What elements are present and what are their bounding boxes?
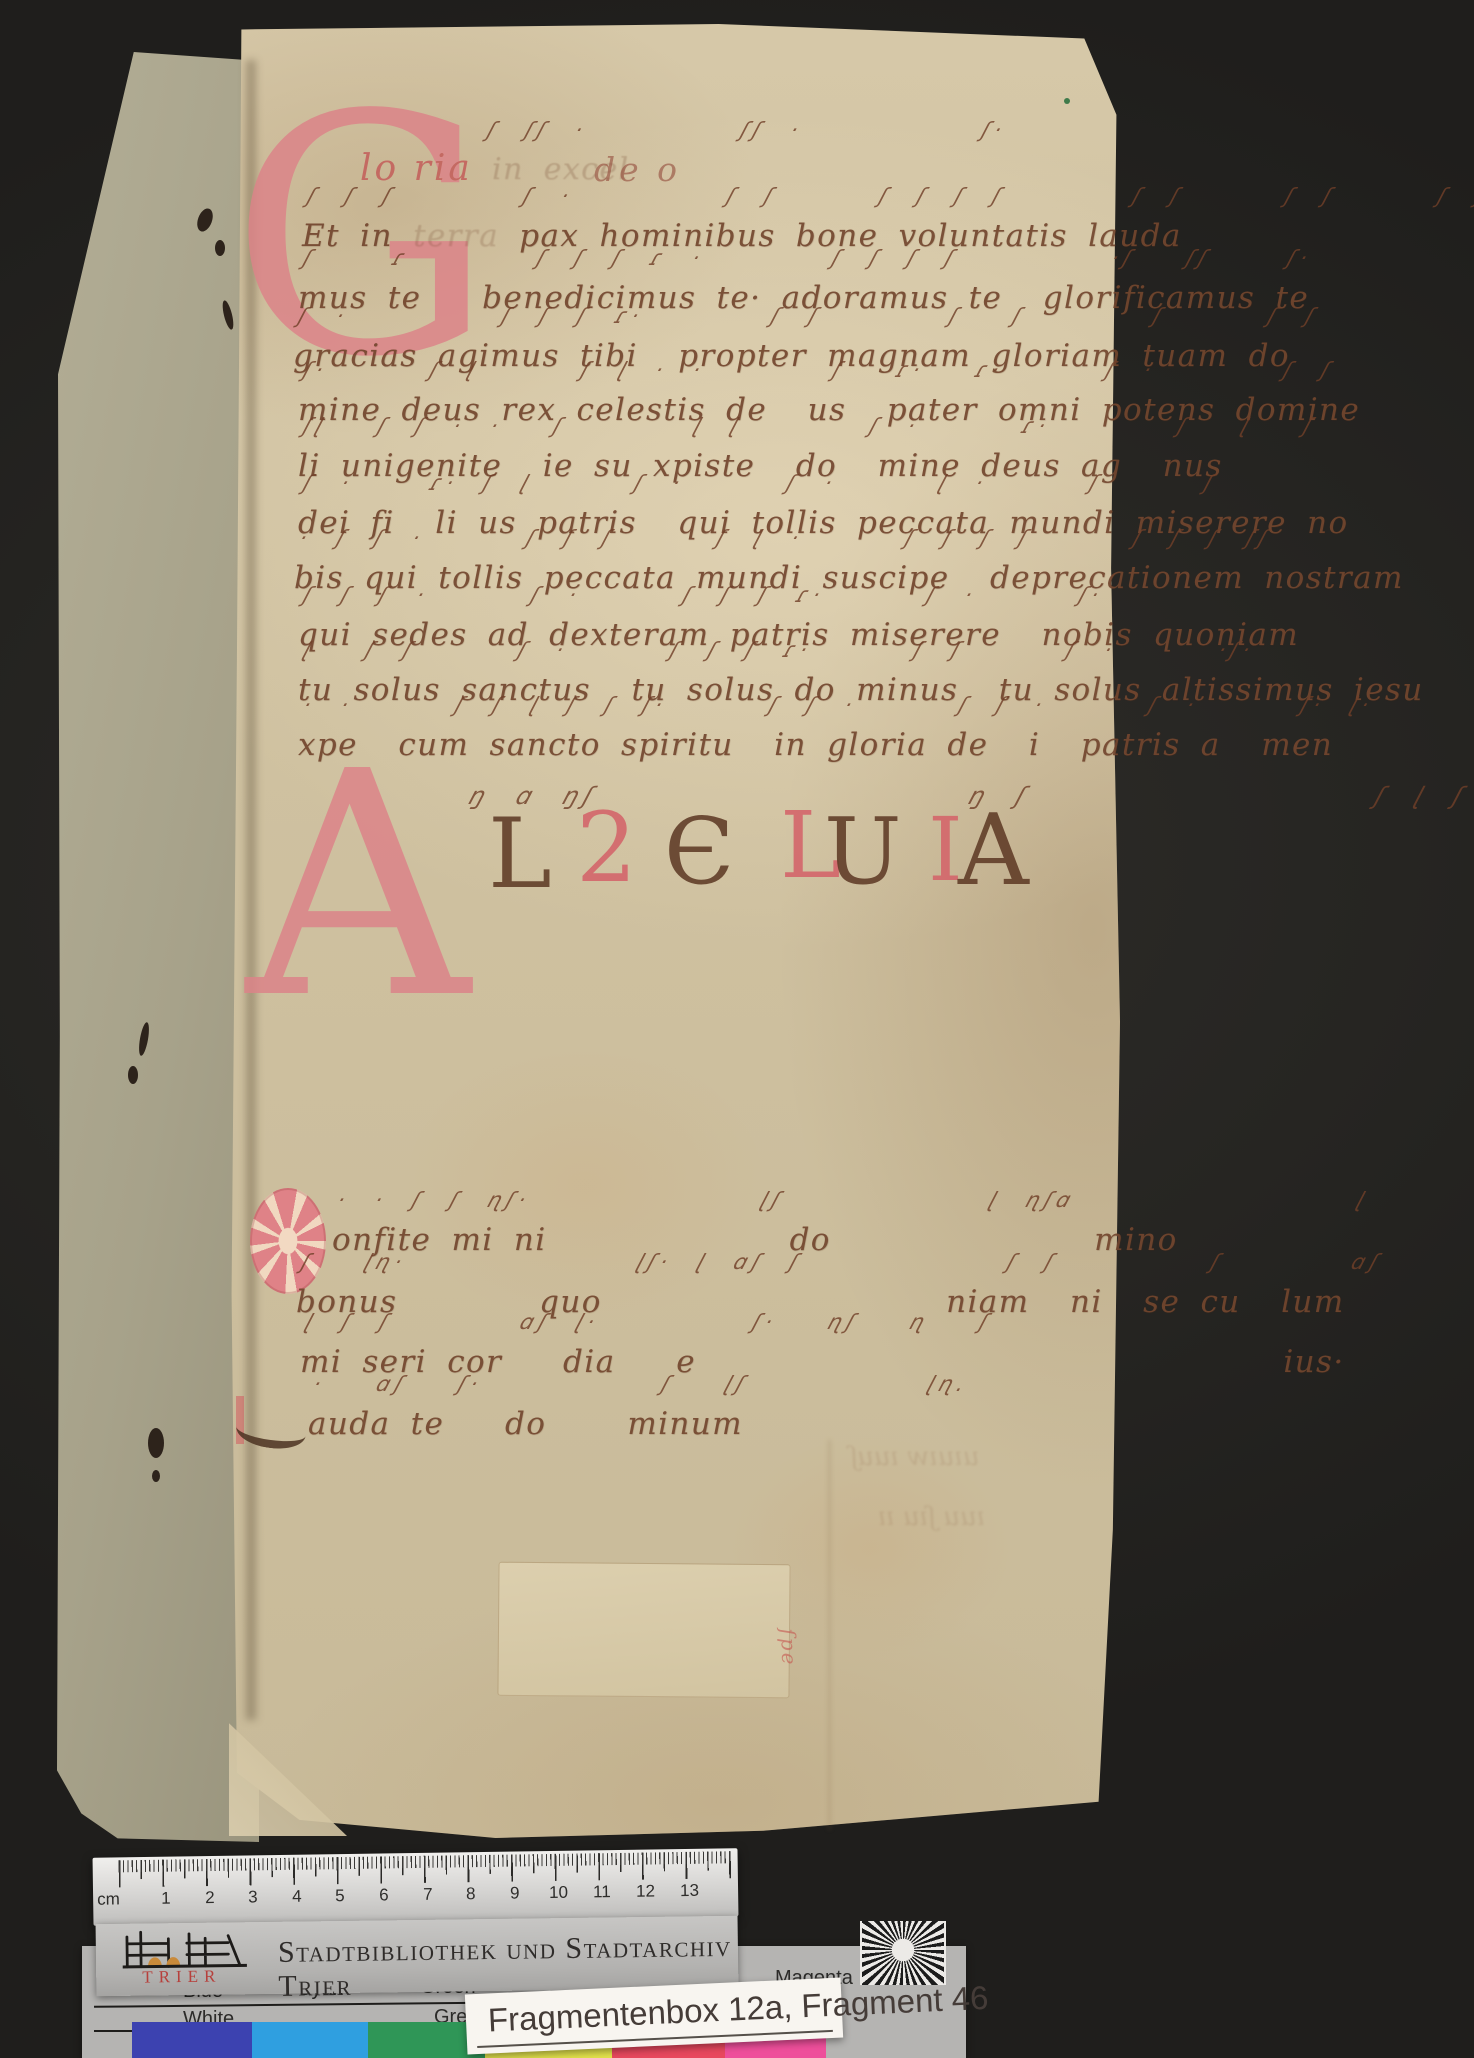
line-text: auda te do minum	[308, 1406, 743, 1442]
parchment-crease	[828, 1440, 831, 1830]
green-speck	[1064, 98, 1070, 104]
ruler-label: 12	[636, 1881, 655, 1901]
neume-row: ɭ ʃ ʃ ɑʃ ɭ· ʃ· ɳʃ ɳ ʃ	[302, 1310, 996, 1334]
neume-row: ʃɭ ʃ ʃ · · ʃ ɭ ɭ ʃ · ɾ· ʃ ɭ ʃ	[300, 414, 1320, 438]
neume-row: ʃ ʃ ʃ ʃ · ʃ ʃ ʃ ʃ ʃ ʃ ʃ ʃ ʃ ʃ ʃ ʃ ʃ	[304, 184, 1474, 208]
color-patch-cyan	[252, 2022, 368, 2058]
ruler-label: 8	[466, 1884, 476, 1904]
gloria-heading-red: lo ria	[360, 148, 473, 189]
alleluia-letter: A	[958, 802, 1029, 900]
initial-A: A	[246, 732, 470, 1042]
ruler-label: 7	[423, 1885, 433, 1905]
show-through-text: uıuıw ıuuʃ	[850, 1442, 980, 1472]
alleluia-letter: Є	[664, 806, 734, 898]
neume-row: ʃ ɭɳ· ɭʃ· ɭ ɑʃ ʃ ʃ ʃ ʃ ɑʃ ʃ	[298, 1250, 1474, 1274]
neume-row: ʃ · ʃ ʃ ʃ ɾ· ʃ ʃ ʃ ʃ ʃ ʃ ʃ	[295, 304, 1322, 328]
ruler-label: 11	[593, 1882, 611, 1902]
ink-stain	[152, 1470, 160, 1482]
siemens-star-icon	[862, 1921, 944, 1985]
neume-row: ʃ · ɾ· ʃ ɭ ʃ · ʃ · ɭ · ʃ ʃ	[300, 471, 1221, 495]
neume-row: ʃ ʃʃ · ʃʃ · ʃ·	[484, 118, 1010, 142]
ruler-label: 5	[335, 1886, 345, 1906]
ink-stain	[215, 240, 225, 256]
color-patch-blue	[132, 2022, 252, 2058]
ruler-label: 1	[161, 1889, 171, 1909]
siemens-star-tile	[860, 1921, 946, 1985]
institution-bar: TRIER Stadtbibliothek und Stadtarchiv Tr…	[96, 1916, 739, 1996]
ruler-label: cm	[97, 1889, 120, 1909]
ruler-label: 13	[680, 1881, 699, 1901]
ink-stain	[128, 1066, 138, 1084]
ink-stain	[148, 1428, 164, 1458]
ruler: cm 1 2 3 4 5 6 7 8 9 10 11 12 13	[93, 1848, 739, 1926]
red-marginalia: ſpe	[776, 1628, 801, 1667]
ruler-label: 10	[549, 1883, 568, 1903]
attached-paper-slip	[497, 1562, 790, 1699]
show-through-text: ıuu ʃıu ıı	[878, 1502, 985, 1532]
neume-row: ʃ ʃ ʃ · ʃ · ʃ ʃ ʃ ɾ· ʃ · ʃ·	[300, 583, 1107, 607]
ruler-label: 3	[248, 1887, 258, 1907]
neume-row: ʃ ɾ ʃ ʃ ʃ ɾ · ʃ ʃ ʃ ʃ ·ʃ ʃʃ ʃ·	[300, 246, 1316, 270]
neume-row: ʃ· ʃ ɭ ʃ ɭ · · ʃ ɾ· ɾ· ʃ · ʃ ʃ	[300, 358, 1338, 382]
neume-row: · ɑʃ ʃ· ʃ ɭʃ ɭɳ.	[310, 1372, 973, 1396]
ruler-label: 9	[510, 1883, 520, 1903]
ruler-label: 2	[205, 1888, 215, 1908]
alleluia-letter: 2	[576, 800, 637, 896]
alleluia-letter: U	[824, 806, 902, 898]
trier-logo-text: TRIER	[142, 1967, 221, 1988]
neume-row: · ʃ ʃ · ʃ ʃ ʃ ʃ ɭ · ʃ ʃ ʃ ʃ ʃ ʃ ʃ ʃʃ	[296, 526, 1275, 550]
manuscript-photo: G ʃ ʃʃ · ʃʃ · ʃ· lo ria in excel de o ʃ …	[0, 0, 1474, 2058]
ruler-label: 4	[292, 1887, 302, 1907]
alleluia-letter: L	[488, 806, 552, 902]
neume-row: ɭ ʃ ʃ ʃ · ʃ ʃ ʃ ɾ· ʃ ʃ ʃ · ·ʃ·	[300, 638, 1258, 662]
initial-C-ornament	[250, 1188, 326, 1294]
neume-row: · · ʃ ʃ ɳʃ· ɭʃ ɭ ɳʃɑ ɭ ɳ	[334, 1188, 1474, 1212]
ruler-label: 6	[379, 1885, 389, 1905]
